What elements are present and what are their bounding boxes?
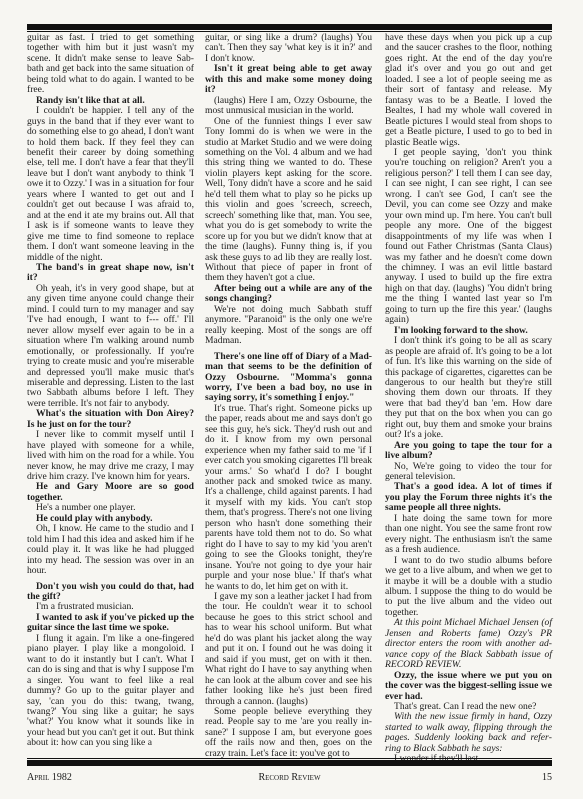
column-left: guitar as fast. I tried to get something…	[27, 33, 194, 749]
interview-answer: I gave my son a leather jacket I had fro…	[205, 592, 372, 707]
interview-answer: Oh yeah, it's in very good shape, but at…	[27, 284, 194, 409]
interview-answer: (laughs) Here I am, Ozzy Osbourne, the m…	[205, 96, 372, 117]
interview-question: He and Gary Moore are so good together.	[27, 482, 194, 503]
bottom-rule	[27, 758, 552, 766]
interview-question: Isn't it great being able to get away wi…	[205, 64, 372, 95]
interview-question: I wanted to ask if you've picked up the …	[27, 613, 194, 634]
page-footer: April 1982 Record Review 15	[27, 772, 552, 786]
interview-answer: have these days when you pick up a cup a…	[385, 33, 552, 148]
interview-answer: guitar as fast. I tried to get something…	[27, 33, 194, 96]
editorial-note: With the new issue firmly in hand, Ozzy …	[385, 712, 552, 754]
interview-question: Don't you wish you could do that, had th…	[27, 582, 194, 603]
interview-answer: We're not doing much Sabbath stuff anymo…	[205, 305, 372, 347]
interview-answer: One of the funniest things I ever saw To…	[205, 117, 372, 284]
footer-page-number: 15	[542, 772, 552, 783]
interview-question: There's one line off of Diary of a Mad­m…	[205, 352, 372, 404]
bottom-rule-thick	[27, 760, 552, 766]
interview-question: What's the situation with Don Airey? Is …	[27, 409, 194, 430]
column-right: have these days when you pick up a cup a…	[385, 33, 552, 765]
interview-answer: I flung it again. I'm like a one-fingere…	[27, 634, 194, 749]
interview-answer: I don't think it's going to be all as sc…	[385, 336, 552, 441]
interview-answer: No, We're going to video the tour for ge…	[385, 462, 552, 483]
interview-answer: Oh, I know. He came to the studio and I …	[27, 524, 194, 576]
interview-answer: I never like to commit myself until I ha…	[27, 430, 194, 482]
interview-answer: I want to do two studio albums before we…	[385, 556, 552, 619]
top-rule	[27, 24, 552, 30]
column-middle: guitar, or sing like a drum? (laughs) Yo…	[205, 33, 372, 759]
interview-question: After being out a while are any of the s…	[205, 284, 372, 305]
interview-answer: I get people saying, 'don't you think yo…	[385, 148, 552, 326]
interview-answer: Some people believe everything they read…	[205, 707, 372, 759]
footer-publication: Record Review	[27, 772, 552, 783]
interview-question: That's a good idea. A lot of times if yo…	[385, 482, 552, 513]
interview-answer: It's true. That's right. Someone picks u…	[205, 404, 372, 592]
interview-question: The band's in great shape now, isn't it?	[27, 263, 194, 284]
interview-answer: I couldn't be happier. I tell any of the…	[27, 106, 194, 263]
interview-question: Ozzy, the issue where we put you on the …	[385, 671, 552, 702]
interview-answer: guitar, or sing like a drum? (laughs) Yo…	[205, 33, 372, 64]
bottom-rule-thin	[27, 758, 552, 759]
interview-question: Are you going to tape the tour for a liv…	[385, 441, 552, 462]
interview-answer: I hate doing the same town for more than…	[385, 514, 552, 556]
editorial-note: At this point Michael Michael Jensen (of…	[385, 618, 552, 670]
